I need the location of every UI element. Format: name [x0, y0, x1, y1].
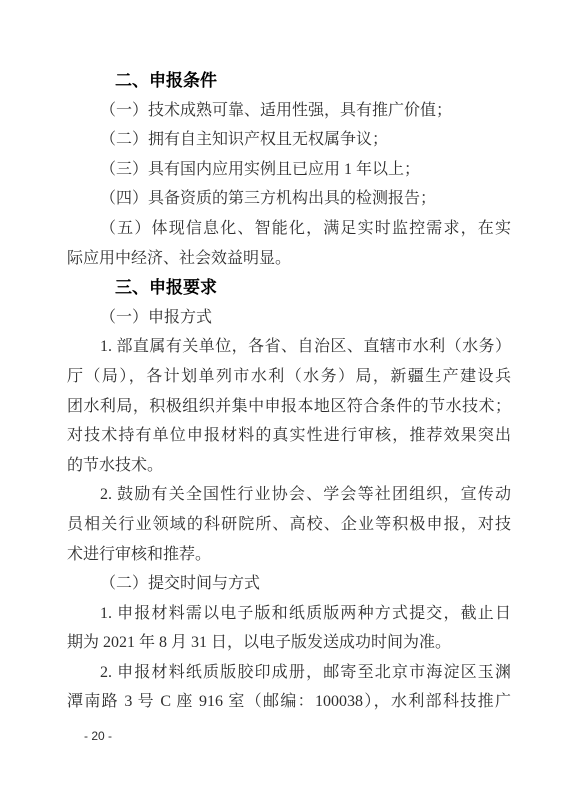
paragraph-line: 的节水技术。 — [67, 451, 511, 481]
paragraph-line: 际应用中经济、社会效益明显。 — [67, 244, 511, 274]
paragraph-line: 2. 鼓励有关全国性行业协会、学会等社团组织，宣传动 — [67, 480, 511, 510]
paragraph-line: （一）技术成熟可靠、适用性强，具有推广价值； — [67, 96, 511, 126]
paragraph-line: 员相关行业领域的科研院所、高校、企业等积极申报，对技 — [67, 510, 511, 540]
paragraph-line: 潭南路 3 号 C 座 916 室（邮编：100038），水利部科技推广 — [67, 687, 511, 717]
paragraph-line: 对技术持有单位申报材料的真实性进行审核，推荐效果突出 — [67, 421, 511, 451]
paragraph-line: （五）体现信息化、智能化，满足实时监控需求，在实 — [67, 214, 511, 244]
document-page: 二、申报条件 （一）技术成熟可靠、适用性强，具有推广价值； （二）拥有自主知识产… — [0, 0, 565, 800]
section-heading: 三、申报要求 — [67, 273, 511, 303]
paragraph-line: （二）拥有自主知识产权且无权属争议； — [67, 125, 511, 155]
section-heading: 二、申报条件 — [67, 66, 511, 96]
paragraph-line: 厅（局），各计划单列市水利（水务）局，新疆生产建设兵 — [67, 362, 511, 392]
paragraph-line: 1. 申报材料需以电子版和纸质版两种方式提交，截止日 — [67, 599, 511, 629]
paragraph-line: 2. 申报材料纸质版胶印成册，邮寄至北京市海淀区玉渊 — [67, 658, 511, 688]
paragraph-line: 团水利局，积极组织并集中申报本地区符合条件的节水技术； — [67, 392, 511, 422]
paragraph-line: （二）提交时间与方式 — [67, 569, 511, 599]
paragraph-line: 术进行审核和推荐。 — [67, 540, 511, 570]
paragraph-line: （三）具有国内应用实例且已应用 1 年以上； — [67, 155, 511, 185]
page-number: - 20 - — [84, 729, 112, 743]
page-content: 二、申报条件 （一）技术成熟可靠、适用性强，具有推广价值； （二）拥有自主知识产… — [67, 66, 511, 717]
paragraph-line: （四）具备资质的第三方机构出具的检测报告； — [67, 184, 511, 214]
paragraph-line: 期为 2021 年 8 月 31 日，以电子版发送成功时间为准。 — [67, 628, 511, 658]
paragraph-line: 1. 部直属有关单位，各省、自治区、直辖市水利（水务） — [67, 332, 511, 362]
paragraph-line: （一）申报方式 — [67, 303, 511, 333]
